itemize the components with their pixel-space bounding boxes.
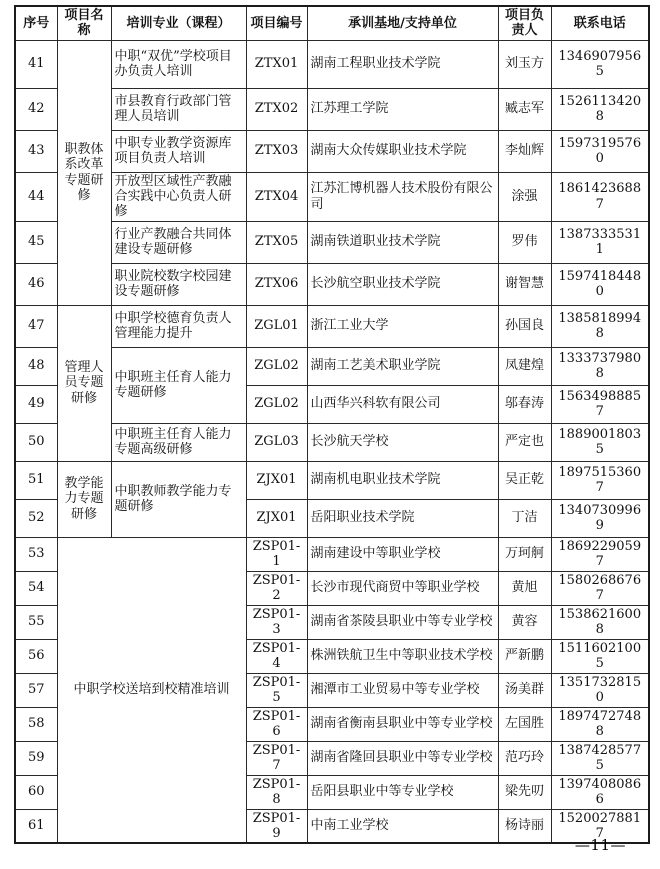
table-row: 42 市县教育行政部门管理人员培训 ZTX02 江苏理工学院 臧志军 15261… <box>15 88 649 130</box>
cell-phone: 15261134208 <box>551 88 649 130</box>
cell-leader: 严新鹏 <box>498 639 551 673</box>
cell-leader: 刘玉方 <box>498 40 551 88</box>
cell-seq: 50 <box>15 423 57 461</box>
cell-seq: 56 <box>15 639 57 673</box>
cell-course: 中职学校德育负责人管理能力提升 <box>111 305 246 347</box>
cell-phone: 18890018035 <box>551 423 649 461</box>
cell-project-group-1: 职教体系改革专题研修 <box>57 40 111 305</box>
cell-base: 长沙航天学校 <box>307 423 498 461</box>
cell-project-group-2: 管理人员专题研修 <box>57 305 111 461</box>
cell-seq: 61 <box>15 809 57 843</box>
table-row: 51 教学能力专题研修 中职教师教学能力专题研修 ZJX01 湖南机电职业技术学… <box>15 461 649 499</box>
table-row: 45 行业产教融合共同体建设专题研修 ZTX05 湖南铁道职业技术学院 罗伟 1… <box>15 221 649 263</box>
cell-base: 湖南省隆回县职业中等专业学校 <box>307 741 498 775</box>
cell-leader: 孙国良 <box>498 305 551 347</box>
cell-course: 中职专业教学资源库项目负责人培训 <box>111 130 246 172</box>
cell-base: 湖南铁道职业技术学院 <box>307 221 498 263</box>
cell-leader: 万珂舸 <box>498 537 551 571</box>
cell-phone: 13874285775 <box>551 741 649 775</box>
cell-seq: 57 <box>15 673 57 707</box>
cell-base: 长沙市现代商贸中等职业学校 <box>307 571 498 605</box>
cell-code: ZTX01 <box>246 40 307 88</box>
header-code: 项目编号 <box>246 6 307 40</box>
cell-leader: 黄旭 <box>498 571 551 605</box>
cell-phone: 18692290597 <box>551 537 649 571</box>
cell-leader: 涂强 <box>498 172 551 221</box>
cell-leader: 汤美群 <box>498 673 551 707</box>
cell-seq: 42 <box>15 88 57 130</box>
cell-leader: 凤建煌 <box>498 347 551 385</box>
cell-code: ZGL03 <box>246 423 307 461</box>
cell-leader: 吴正乾 <box>498 461 551 499</box>
cell-code: ZGL02 <box>246 347 307 385</box>
cell-phone: 13858189948 <box>551 305 649 347</box>
cell-phone: 18975153607 <box>551 461 649 499</box>
cell-phone: 15974184480 <box>551 263 649 305</box>
cell-leader: 左国胜 <box>498 707 551 741</box>
cell-course: 开放型区域性产教融合实践中心负责人研修 <box>111 172 246 221</box>
cell-base: 湖南工程职业技术学院 <box>307 40 498 88</box>
cell-seq: 55 <box>15 605 57 639</box>
cell-seq: 51 <box>15 461 57 499</box>
cell-seq: 44 <box>15 172 57 221</box>
table-row: 41 职教体系改革专题研修 中职“双优”学校项目办负责人培训 ZTX01 湖南工… <box>15 40 649 88</box>
cell-code: ZTX05 <box>246 221 307 263</box>
cell-code: ZTX04 <box>246 172 307 221</box>
cell-project-group-3: 教学能力专题研修 <box>57 461 111 537</box>
cell-code: ZGL02 <box>246 385 307 423</box>
cell-code: ZTX02 <box>246 88 307 130</box>
cell-leader: 臧志军 <box>498 88 551 130</box>
cell-code: ZSP01-1 <box>246 537 307 571</box>
cell-course: 行业产教融合共同体建设专题研修 <box>111 221 246 263</box>
table-row: 53 中职学校送培到校精准培训 ZSP01-1 湖南建设中等职业学校 万珂舸 1… <box>15 537 649 571</box>
cell-seq: 54 <box>15 571 57 605</box>
cell-phone: 13873335311 <box>551 221 649 263</box>
cell-seq: 41 <box>15 40 57 88</box>
cell-leader: 严定也 <box>498 423 551 461</box>
cell-phone: 18614236887 <box>551 172 649 221</box>
cell-code: ZSP01-9 <box>246 809 307 843</box>
cell-phone: 15973195760 <box>551 130 649 172</box>
cell-seq: 47 <box>15 305 57 347</box>
cell-leader: 李灿辉 <box>498 130 551 172</box>
cell-phone: 15116021005 <box>551 639 649 673</box>
cell-base: 湖南建设中等职业学校 <box>307 537 498 571</box>
training-roster-table: 序号 项目名称 培训专业（课程） 项目编号 承训基地/支持单位 项目负责人 联系… <box>14 5 650 844</box>
cell-phone: 13974080866 <box>551 775 649 809</box>
cell-course: 职业院校数字校园建设专题研修 <box>111 263 246 305</box>
cell-base: 山西华兴科软有限公司 <box>307 385 498 423</box>
table-row: 46 职业院校数字校园建设专题研修 ZTX06 长沙航空职业技术学院 谢智慧 1… <box>15 263 649 305</box>
cell-code: ZTX06 <box>246 263 307 305</box>
cell-leader: 梁先叨 <box>498 775 551 809</box>
cell-base: 岳阳职业技术学院 <box>307 499 498 537</box>
cell-leader: 丁洁 <box>498 499 551 537</box>
header-row: 序号 项目名称 培训专业（课程） 项目编号 承训基地/支持单位 项目负责人 联系… <box>15 6 649 40</box>
cell-phone: 15634988857 <box>551 385 649 423</box>
cell-code: ZSP01-6 <box>246 707 307 741</box>
cell-code: ZSP01-8 <box>246 775 307 809</box>
document-page: 序号 项目名称 培训专业（课程） 项目编号 承训基地/支持单位 项目负责人 联系… <box>0 0 660 869</box>
cell-code: ZSP01-5 <box>246 673 307 707</box>
cell-seq: 52 <box>15 499 57 537</box>
cell-seq: 43 <box>15 130 57 172</box>
cell-course: 中职“双优”学校项目办负责人培训 <box>111 40 246 88</box>
cell-seq: 46 <box>15 263 57 305</box>
cell-code: ZSP01-3 <box>246 605 307 639</box>
cell-code: ZSP01-4 <box>246 639 307 673</box>
cell-code: ZGL01 <box>246 305 307 347</box>
cell-base: 江苏理工学院 <box>307 88 498 130</box>
cell-code: ZSP01-2 <box>246 571 307 605</box>
cell-base: 湖南机电职业技术学院 <box>307 461 498 499</box>
cell-base: 湖南大众传媒职业技术学院 <box>307 130 498 172</box>
header-project-name: 项目名称 <box>57 6 111 40</box>
cell-phone: 15802686767 <box>551 571 649 605</box>
table-row: 43 中职专业教学资源库项目负责人培训 ZTX03 湖南大众传媒职业技术学院 李… <box>15 130 649 172</box>
cell-base: 浙江工业大学 <box>307 305 498 347</box>
cell-phone: 15386216008 <box>551 605 649 639</box>
header-course: 培训专业（课程） <box>111 6 246 40</box>
cell-seq: 60 <box>15 775 57 809</box>
cell-base: 江苏汇博机器人技术股份有限公司 <box>307 172 498 221</box>
cell-leader: 谢智慧 <box>498 263 551 305</box>
header-base: 承训基地/支持单位 <box>307 6 498 40</box>
cell-seq: 45 <box>15 221 57 263</box>
cell-leader: 罗伟 <box>498 221 551 263</box>
cell-phone: 13469079565 <box>551 40 649 88</box>
cell-project-group-4: 中职学校送培到校精准培训 <box>57 537 246 843</box>
cell-base: 湖南省衡南县职业中等专业学校 <box>307 707 498 741</box>
cell-base: 湘潭市工业贸易中等专业学校 <box>307 673 498 707</box>
table-row: 44 开放型区域性产教融合实践中心负责人研修 ZTX04 江苏汇博机器人技术股份… <box>15 172 649 221</box>
cell-course-merged-51-52: 中职教师教学能力专题研修 <box>111 461 246 537</box>
header-phone: 联系电话 <box>551 6 649 40</box>
table-row: 47 管理人员专题研修 中职学校德育负责人管理能力提升 ZGL01 浙江工业大学… <box>15 305 649 347</box>
cell-phone: 18974727488 <box>551 707 649 741</box>
cell-code: ZTX03 <box>246 130 307 172</box>
cell-base: 株洲铁航卫生中等职业技术学校 <box>307 639 498 673</box>
cell-base: 湖南工艺美术职业学院 <box>307 347 498 385</box>
cell-phone: 13407309969 <box>551 499 649 537</box>
cell-base: 岳阳县职业中等专业学校 <box>307 775 498 809</box>
cell-course: 市县教育行政部门管理人员培训 <box>111 88 246 130</box>
cell-leader: 邬春涛 <box>498 385 551 423</box>
cell-leader: 范巧玲 <box>498 741 551 775</box>
cell-code: ZJX01 <box>246 461 307 499</box>
cell-seq: 48 <box>15 347 57 385</box>
cell-phone: 13337379808 <box>551 347 649 385</box>
cell-base: 长沙航空职业技术学院 <box>307 263 498 305</box>
cell-seq: 53 <box>15 537 57 571</box>
table-row: 50 中职班主任育人能力专题高级研修 ZGL03 长沙航天学校 严定也 1889… <box>15 423 649 461</box>
cell-base: 湖南省茶陵县职业中等专业学校 <box>307 605 498 639</box>
cell-seq: 59 <box>15 741 57 775</box>
table-row: 48 中职班主任育人能力专题研修 ZGL02 湖南工艺美术职业学院 凤建煌 13… <box>15 347 649 385</box>
cell-course-merged-48-49: 中职班主任育人能力专题研修 <box>111 347 246 423</box>
cell-leader: 黄容 <box>498 605 551 639</box>
cell-leader: 杨诗丽 <box>498 809 551 843</box>
cell-phone: 13517328150 <box>551 673 649 707</box>
cell-base: 中南工业学校 <box>307 809 498 843</box>
page-number: —11— <box>575 836 626 854</box>
cell-course: 中职班主任育人能力专题高级研修 <box>111 423 246 461</box>
cell-code: ZJX01 <box>246 499 307 537</box>
cell-seq: 58 <box>15 707 57 741</box>
header-seq: 序号 <box>15 6 57 40</box>
header-leader: 项目负责人 <box>498 6 551 40</box>
cell-seq: 49 <box>15 385 57 423</box>
cell-code: ZSP01-7 <box>246 741 307 775</box>
